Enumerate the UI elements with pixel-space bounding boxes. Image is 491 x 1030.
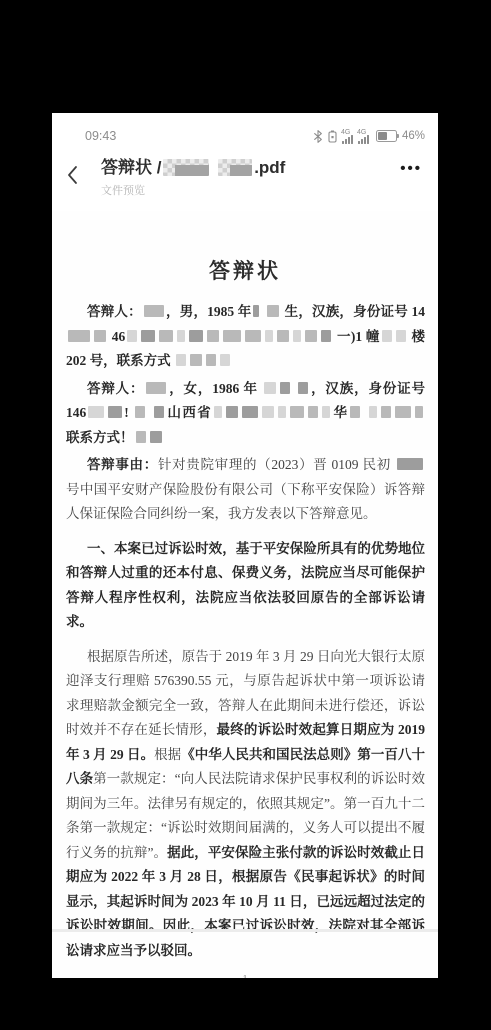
text-run: .pdf — [254, 158, 285, 177]
clock-label: 09:43 — [85, 129, 116, 143]
redaction-block — [381, 406, 391, 418]
redaction-block — [308, 406, 318, 418]
text-run: 一)1 幢 — [333, 329, 380, 344]
redaction-block — [154, 406, 164, 418]
text-run: 山西省 — [166, 405, 212, 420]
doc-paragraph: 答辩事由：针对贵院审理的（2023）晋 0109 民初 号中国平安财产保险股份有… — [66, 453, 425, 527]
redaction-block — [135, 406, 145, 418]
redaction-block — [280, 382, 290, 394]
text-run: 联系方式！ — [66, 430, 134, 445]
battery-icon — [376, 130, 397, 142]
text-run: ，女，1986 年 — [168, 381, 262, 396]
text-run: 号中国平安财产保险股份有限公司（下称平安保险）诉答辩人保证保险合同纠纷一案，我方… — [66, 482, 425, 522]
redaction-block — [207, 330, 219, 342]
text-run: 答辩人： — [87, 381, 144, 396]
text-run: 针对贵院审理的（2023）晋 0109 民初 — [158, 457, 395, 472]
mosaic-block — [163, 159, 209, 176]
redaction-block — [415, 406, 423, 418]
redaction-block — [290, 406, 304, 418]
redaction-block — [253, 305, 259, 317]
text-run: 生，汉族，身份证号 14 — [281, 304, 425, 319]
redaction-block — [226, 406, 238, 418]
redaction-block — [395, 406, 411, 418]
redaction-block — [94, 330, 106, 342]
redaction-block — [382, 330, 392, 342]
more-options-button[interactable]: ••• — [394, 157, 424, 179]
text-run: 答辩人： — [87, 304, 142, 319]
battery-saver-icon — [328, 130, 337, 143]
text-run: 一、本案已过诉讼时效，基于平安保险所具有的优势地位和答辩人过重的还本付息、保费义… — [66, 541, 425, 630]
redaction-block — [242, 406, 258, 418]
redaction-block — [223, 330, 241, 342]
doc-paragraph: 答辩人：，女，1986 年 ，汉族，身份证号 146! 山西省华 联系方式！ — [66, 377, 425, 451]
redaction-block — [220, 354, 230, 366]
redaction-block — [322, 406, 330, 418]
pdf-viewer[interactable]: 答辩状 答辩人：，男，1985 年 生，汉族，身份证号 14 46 一)1 幢 … — [52, 211, 438, 978]
text-run: ，男，1985 年 — [166, 304, 252, 319]
redaction-block — [293, 330, 301, 342]
back-button[interactable] — [66, 157, 92, 190]
redaction-block — [277, 330, 289, 342]
redaction-block — [350, 406, 360, 418]
redaction-block — [267, 305, 279, 317]
text-run — [261, 304, 265, 319]
text-run — [147, 405, 152, 420]
text-run — [211, 158, 216, 177]
redaction-block — [176, 354, 186, 366]
redaction-block — [141, 330, 155, 342]
redaction-block — [369, 406, 377, 418]
redaction-block — [397, 458, 423, 470]
redaction-block — [127, 330, 137, 342]
signal-icon: 4G — [342, 129, 353, 144]
doc-paragraph: 根据原告所述，原告于 2019 年 3 月 29 日向光大银行太原迎泽支行理赔 … — [66, 645, 425, 964]
redaction-block — [68, 330, 90, 342]
redaction-block — [396, 330, 406, 342]
text-run: 46 — [108, 329, 125, 344]
text-run: 答辩状 / — [101, 158, 161, 177]
redaction-block — [177, 330, 185, 342]
redaction-block — [136, 431, 146, 443]
battery-percent: 46% — [402, 130, 425, 142]
redaction-block — [189, 330, 203, 342]
phone-screen: 09:43 4G 4G 46% 答辩状 / .pdf — [52, 113, 438, 978]
signal-icon-2: 4G — [358, 129, 369, 144]
doc-paragraph: 答辩人：，男，1985 年 生，汉族，身份证号 14 46 一)1 幢 楼 20… — [66, 300, 425, 374]
document-title: 答辩状 — [52, 255, 438, 285]
text-run — [292, 381, 296, 396]
redaction-block — [150, 431, 162, 443]
text-run: 答辩事由： — [87, 457, 158, 472]
redaction-block — [88, 406, 104, 418]
redaction-block — [146, 382, 166, 394]
page-number: 1 — [52, 974, 438, 978]
redaction-block — [206, 354, 216, 366]
text-run: 华 — [332, 405, 348, 420]
doc-paragraph: 一、本案已过诉讼时效，基于平安保险所具有的优势地位和答辩人过重的还本付息、保费义… — [66, 537, 425, 635]
text-run: 据此，平安保险主张付款的诉讼时效截止日期应为 2022 年 3 月 28 日，根… — [66, 845, 425, 958]
mosaic-block — [218, 159, 252, 176]
redaction-block — [305, 330, 317, 342]
text-run: 根据 — [154, 747, 181, 762]
text-run: ! — [124, 405, 133, 420]
redaction-block — [298, 382, 308, 394]
redaction-block — [144, 305, 164, 317]
redaction-block — [321, 330, 331, 342]
page-separator — [52, 929, 438, 932]
redaction-block — [265, 330, 273, 342]
file-preview-header: 答辩状 / .pdf 文件预览 ••• — [66, 157, 424, 211]
bluetooth-icon — [313, 129, 323, 144]
redaction-block — [108, 406, 122, 418]
redaction-block — [262, 406, 274, 418]
doc-body: 答辩人：，男，1985 年 生，汉族，身份证号 14 46 一)1 幢 楼 20… — [52, 300, 438, 963]
redaction-block — [278, 406, 286, 418]
redaction-block — [245, 330, 261, 342]
redaction-block — [264, 382, 276, 394]
file-title: 答辩状 / .pdf — [101, 157, 394, 179]
text-run — [362, 405, 367, 420]
redaction-block — [214, 406, 222, 418]
file-preview-label: 文件预览 — [101, 182, 394, 198]
redaction-block — [159, 330, 173, 342]
status-bar: 09:43 4G 4G 46% — [85, 126, 425, 146]
redaction-block — [190, 354, 202, 366]
